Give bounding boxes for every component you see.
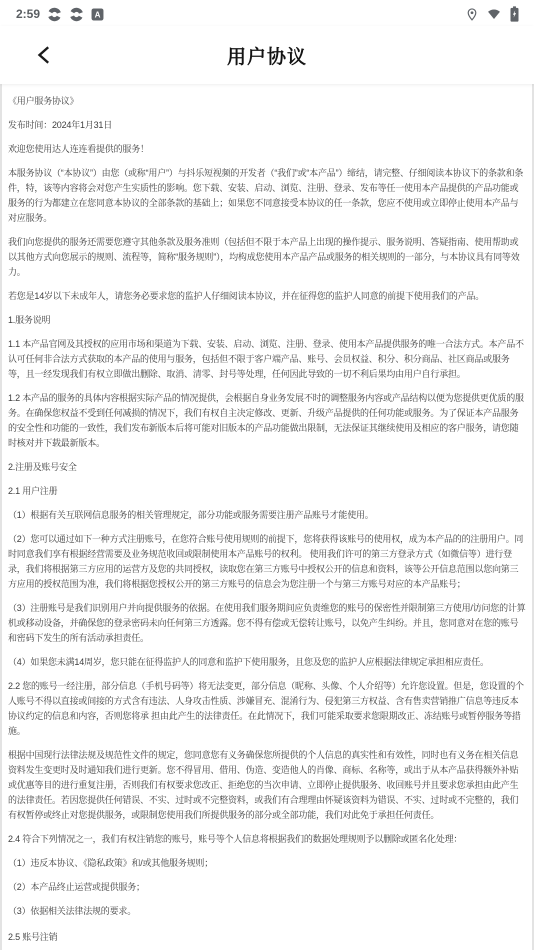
agreement-paragraph: （2）您可以通过如下一种方式注册账号，在您符合账号使用规则的前提下，您将获得该账…: [8, 532, 526, 592]
status-bar: 2:59 A: [0, 0, 534, 26]
agreement-paragraph: 1.服务说明: [8, 313, 526, 328]
agreement-paragraph: 本服务协议（“本协议”）由您（或称“用户”）与抖乐短视频的开发者（“我们”或“本…: [8, 166, 526, 226]
agreement-paragraph-clipped: 2.5 账号注销: [8, 930, 526, 945]
agreement-paragraph: 1.1 本产品官网及其授权的应用市场和渠道为下载、安装、启动、浏览、注册、登录、…: [8, 337, 526, 382]
page-title: 用户协议: [227, 42, 307, 69]
chevron-left-icon: [34, 44, 56, 66]
agreement-paragraph: 欢迎您使用达人连连看提供的服务！: [8, 142, 526, 157]
svg-text:A: A: [95, 10, 101, 19]
back-button[interactable]: [30, 40, 60, 70]
agreement-paragraph: （1）违反本协议、《隐私政策》和/或其他服务规则；: [8, 856, 526, 871]
agreement-paragraph: （3）注册账号是我们识别用户并向提供服务的依据。在使用我们服务期间应负责维您的账…: [8, 601, 526, 646]
sync-icon: [47, 7, 62, 22]
letter-a-app-icon: A: [91, 8, 104, 21]
agreement-paragraph: 2.2 您的账号一经注册，部分信息（手机号码等）将无法变更，部分信息（昵称、头像…: [8, 679, 526, 739]
status-time: 2:59: [16, 7, 40, 21]
agreement-paragraph: （3）依据相关法律法规的要求。: [8, 904, 526, 919]
battery-charging-icon: [509, 6, 520, 22]
agreement-paragraph: 2.1 用户注册: [8, 484, 526, 499]
page-header: 用户协议: [0, 26, 534, 84]
agreement-paragraph: （4）如果您未满14周岁，您只能在征得监护人的同意和监护下使用服务，且您及您的监…: [8, 655, 526, 670]
agreement-paragraph: 我们向您提供的服务还需要您遵守其他条款及服务准则（包括但不限于本产品上出现的操作…: [8, 235, 526, 280]
agreement-paragraph: 2.4 符合下列情况之一，我们有权注销您的账号，账号等个人信息将根据我们的数据处…: [8, 832, 526, 847]
agreement-paragraph: 若您是14岁以下未成年人，请您务必要求您的监护人仔细阅读本协议，并在征得您的监护…: [8, 289, 526, 304]
location-icon: [465, 7, 479, 22]
agreement-paragraph: （2）本产品终止运营或提供服务；: [8, 880, 526, 895]
agreement-document[interactable]: 《用户服务协议》发布时间：2024年1月31日欢迎您使用达人连连看提供的服务！本…: [0, 84, 534, 950]
agreement-paragraph: 根据中国现行法律法规及规范性文件的规定，您同意您有义务确保您所提供的个人信息的真…: [8, 748, 526, 823]
agreement-paragraph: 《用户服务协议》: [8, 94, 526, 109]
sync-icon: [69, 7, 84, 22]
agreement-paragraph: （1）根据有关互联网信息服务的相关管理规定，部分功能或服务需要注册产品账号才能使…: [8, 508, 526, 523]
agreement-paragraph: 发布时间：2024年1月31日: [8, 118, 526, 133]
agreement-paragraph: 2.注册及账号安全: [8, 460, 526, 475]
agreement-paragraph: 1.2 本产品的服务的具体内容根据实际产品的情况提供，会根据自身业务发展不时的调…: [8, 391, 526, 451]
wifi-icon: [486, 7, 502, 21]
